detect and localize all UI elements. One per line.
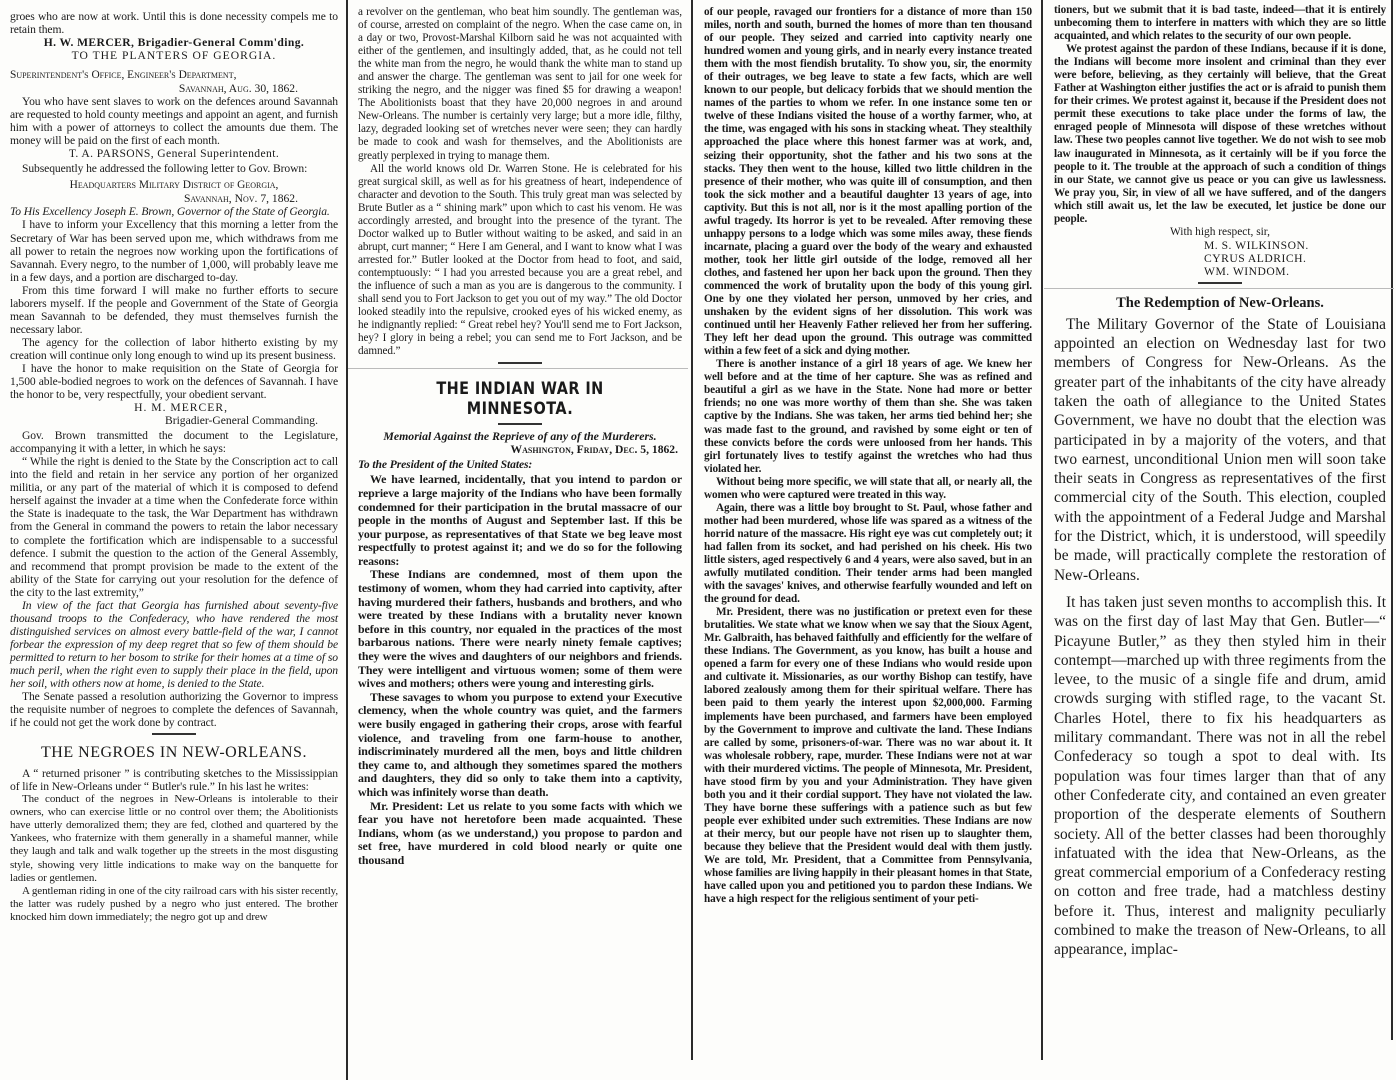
divider bbox=[498, 362, 542, 364]
heading-indian-war: THE INDIAN WAR IN MINNESOTA. bbox=[382, 379, 657, 419]
paragraph: It has taken just seven months to accomp… bbox=[1054, 593, 1386, 960]
paragraph: In view of the fact that Georgia has fur… bbox=[10, 599, 338, 690]
section-rule bbox=[1044, 288, 1394, 289]
closing: With high respect, sir, bbox=[1054, 226, 1386, 239]
signature: H. W. MERCER, Brigadier-General Comm'din… bbox=[10, 36, 338, 49]
salutation: To the President of the United States: bbox=[358, 458, 682, 471]
salutation: To His Excellency Joseph E. Brown, Gover… bbox=[10, 205, 338, 218]
paragraph: Gov. Brown transmitted the document to t… bbox=[10, 429, 338, 455]
paragraph: These savages to whom you purpose to ext… bbox=[358, 691, 682, 800]
column-rule bbox=[1041, 0, 1043, 1060]
dateline: Savannah, Nov. 7, 1862. bbox=[10, 192, 338, 205]
paragraph: Without being more specific, we will sta… bbox=[704, 476, 1032, 502]
paragraph: We have learned, incidentally, that you … bbox=[358, 473, 682, 568]
signer: CYRUS ALDRICH. bbox=[1204, 252, 1386, 265]
newspaper-page: groes who are now at work. Until this is… bbox=[0, 0, 1396, 1080]
paragraph: The conduct of the negroes in New-Orlean… bbox=[10, 793, 338, 884]
paragraph: All the world knows old Dr. Warren Stone… bbox=[358, 163, 682, 359]
paragraph: of our people, ravaged our frontiers for… bbox=[704, 6, 1032, 358]
signer: M. S. WILKINSON. bbox=[1204, 239, 1386, 252]
signature: H. M. MERCER, bbox=[10, 401, 338, 414]
heading-redemption: The Redemption of New-Orleans. bbox=[1054, 295, 1386, 312]
dateline: Washington, Friday, Dec. 5, 1862. bbox=[358, 443, 682, 456]
quote-paragraph: “ While the right is denied to the State… bbox=[10, 455, 338, 599]
heading-negroes: THE NEGROES IN NEW-ORLEANS. bbox=[10, 743, 338, 763]
divider bbox=[152, 733, 196, 735]
column-2: a revolver on the gentleman, who beat hi… bbox=[348, 0, 688, 1080]
paragraph: These Indians are condemned, most of the… bbox=[358, 568, 682, 690]
paragraph: Mr. President: Let us relate to you some… bbox=[358, 800, 682, 868]
column-rule bbox=[691, 0, 693, 1060]
signature: T. A. PARSONS, General Superintendent. bbox=[10, 147, 338, 160]
signers: M. S. WILKINSON. CYRUS ALDRICH. WM. WIND… bbox=[1054, 239, 1386, 278]
paragraph: tioners, but we submit that it is bad ta… bbox=[1054, 4, 1386, 43]
signature-title: Brigadier-General Commanding. bbox=[10, 414, 338, 427]
paragraph: I have to inform your Excellency that th… bbox=[10, 218, 338, 283]
paragraph: We protest against the pardon of these I… bbox=[1054, 43, 1386, 226]
signer: WM. WINDOM. bbox=[1204, 265, 1386, 278]
paragraph: a revolver on the gentleman, who beat hi… bbox=[358, 6, 682, 163]
office-line: Headquarters Military District of Georgi… bbox=[10, 179, 338, 192]
paragraph: Mr. President, there was no justificatio… bbox=[704, 606, 1032, 906]
paragraph: Again, there was a little boy brought to… bbox=[704, 502, 1032, 606]
divider bbox=[498, 423, 542, 425]
divider bbox=[1198, 282, 1242, 284]
paragraph: You who have sent slaves to work on the … bbox=[10, 95, 338, 147]
paragraph: A “ returned prisoner ” is contributing … bbox=[10, 767, 338, 793]
paragraph: A gentleman riding in one of the city ra… bbox=[10, 885, 338, 924]
paragraph: The agency for the collection of labor h… bbox=[10, 336, 338, 362]
subheading: Memorial Against the Reprieve of any of … bbox=[358, 429, 682, 443]
paragraph: Subsequently he addressed the following … bbox=[10, 162, 338, 175]
paragraph: I have the honor to make requisition on … bbox=[10, 362, 338, 401]
paragraph: The Senate passed a resolution authorizi… bbox=[10, 690, 338, 729]
column-4: tioners, but we submit that it is bad ta… bbox=[1044, 0, 1394, 1080]
paragraph: There is another instance of a girl 18 y… bbox=[704, 358, 1032, 475]
column-3: of our people, ravaged our frontiers for… bbox=[694, 0, 1038, 1080]
paragraph: groes who are now at work. Until this is… bbox=[10, 10, 338, 36]
section-rule bbox=[348, 368, 688, 369]
dateline: Savannah, Aug. 30, 1862. bbox=[10, 82, 338, 95]
office-line: Superintendent's Office, Engineer's Depa… bbox=[10, 69, 338, 82]
column-1: groes who are now at work. Until this is… bbox=[4, 0, 342, 1080]
paragraph: The Military Governor of the State of Lo… bbox=[1054, 315, 1386, 585]
paragraph: From this time forward I will make no fu… bbox=[10, 284, 338, 336]
heading-planters: TO THE PLANTERS OF GEORGIA. bbox=[10, 49, 338, 63]
